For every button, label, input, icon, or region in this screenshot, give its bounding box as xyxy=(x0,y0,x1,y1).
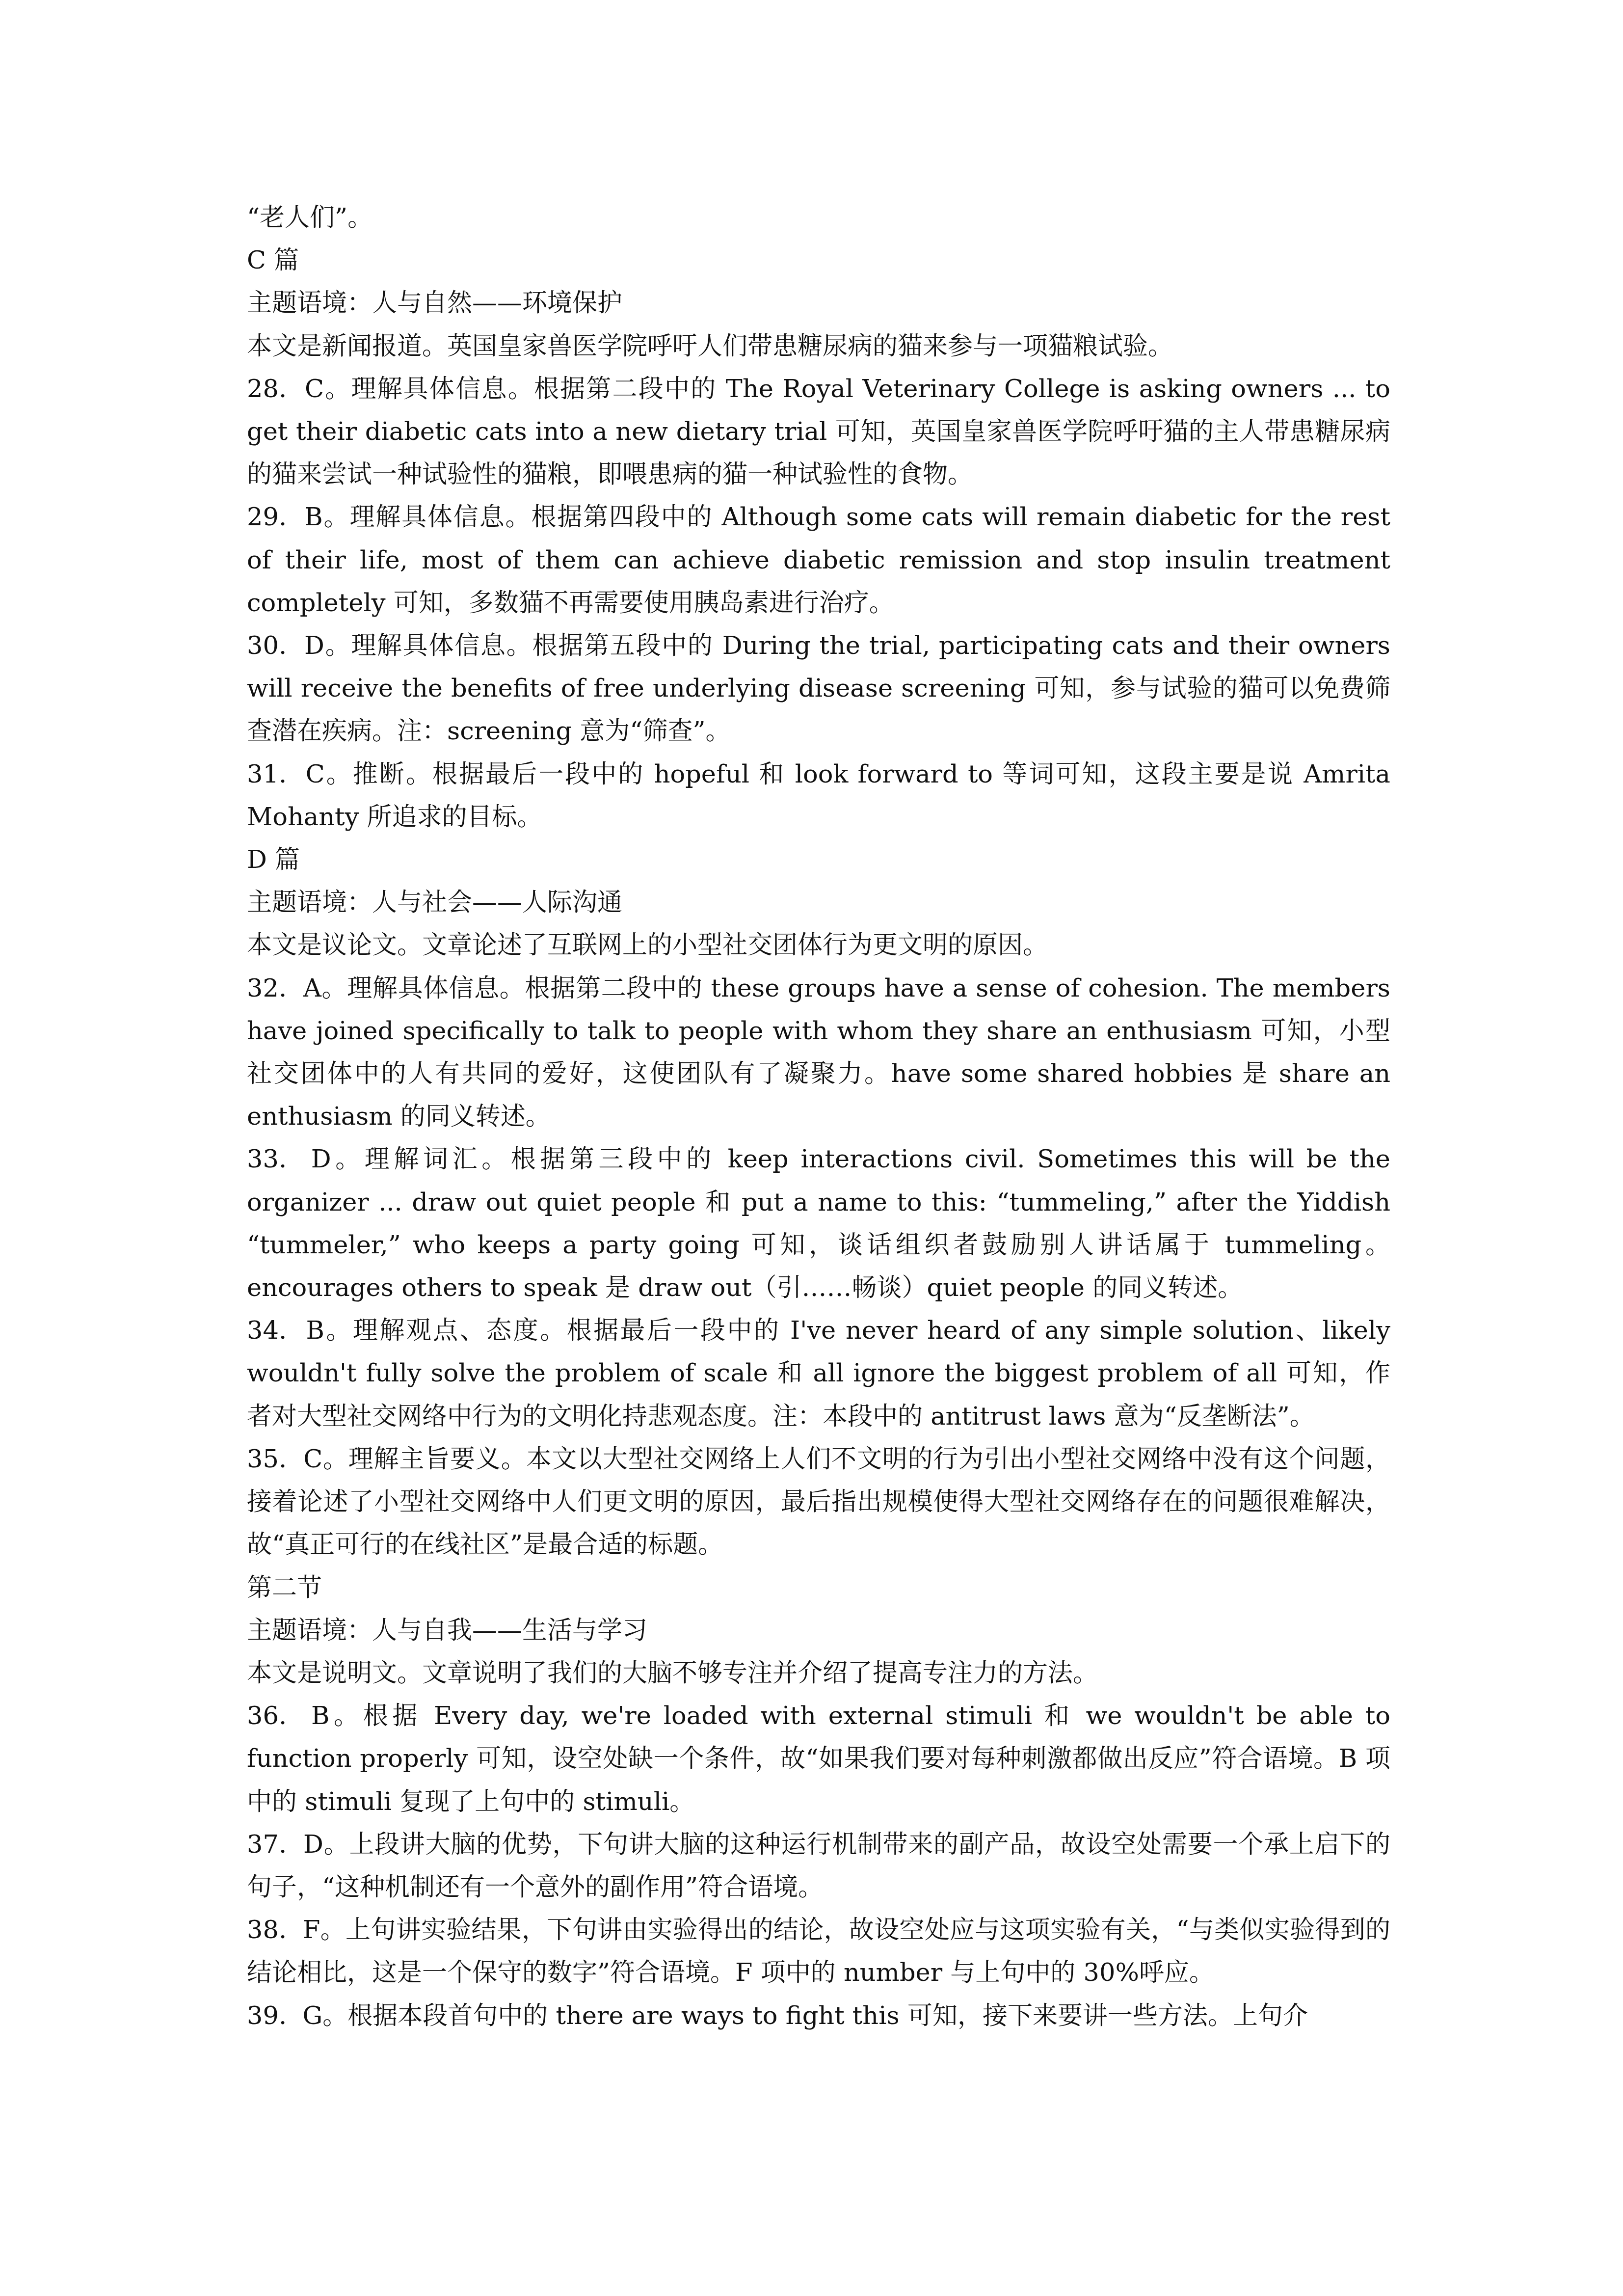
answer-letter: D xyxy=(311,1145,331,1174)
answer-explanation: 。推断。根据最后一段中的 hopeful 和 look forward to 等… xyxy=(247,760,1390,832)
answer-item: 34. B。理解观点、态度。根据最后一段中的 I've never heard … xyxy=(247,1309,1390,1438)
question-number: 37. xyxy=(247,1830,287,1859)
answer-explanation: 。根据 Every day, we're loaded with externa… xyxy=(247,1702,1390,1816)
answer-explanation: 。理解具体信息。根据第五段中的 During the trial, partic… xyxy=(247,631,1390,746)
answer-explanation: 。理解词汇。根据第三段中的 keep interactions civil. S… xyxy=(247,1145,1390,1302)
answer-letter: B xyxy=(311,1702,329,1730)
answer-item: 39. G。根据本段首句中的 there are ways to fight t… xyxy=(247,1995,1390,2037)
answer-explanation: 。根据本段首句中的 there are ways to fight this 可… xyxy=(322,2001,1308,2030)
section-title: 第二节 xyxy=(247,1567,1390,1609)
section-d: D 篇 主题语境：人与社会——人际沟通 本文是议论文。文章论述了互联网上的小型社… xyxy=(247,838,1390,1566)
answer-item: 35. C。理解主旨要义。本文以大型社交网络上人们不文明的行为引出小型社交网络中… xyxy=(247,1438,1390,1567)
section-theme: 主题语境：人与自然——环境保护 xyxy=(247,282,1390,324)
question-number: 35. xyxy=(247,1445,287,1474)
question-number: 38. xyxy=(247,1916,287,1945)
answer-explanation: 。理解主旨要义。本文以大型社交网络上人们不文明的行为引出小型社交网络中没有这个问… xyxy=(247,1445,1390,1559)
answer-letter: D xyxy=(304,631,324,660)
section-summary: 本文是说明文。文章说明了我们的大脑不够专注并介绍了提高专注力的方法。 xyxy=(247,1652,1390,1695)
answer-key-page: “老人们”。 C 篇 主题语境：人与自然——环境保护 本文是新闻报道。英国皇家兽… xyxy=(247,196,1390,2037)
question-number: 29. xyxy=(247,503,287,532)
question-number: 31. xyxy=(247,760,287,789)
answer-letter: G xyxy=(303,2001,323,2030)
answer-item: 29. B。理解具体信息。根据第四段中的 Although some cats … xyxy=(247,496,1390,624)
answer-item: 38. F。上句讲实验结果，下句讲由实验得出的结论，故设空处应与这项实验有关，“… xyxy=(247,1909,1390,1994)
answer-explanation: 。上句讲实验结果，下句讲由实验得出的结论，故设空处应与这项实验有关，“与类似实验… xyxy=(247,1916,1390,1987)
section-theme: 主题语境：人与自我——生活与学习 xyxy=(247,1609,1390,1652)
question-number: 32. xyxy=(247,974,287,1003)
answer-item: 30. D。理解具体信息。根据第五段中的 During the trial, p… xyxy=(247,624,1390,753)
answer-letter: C xyxy=(305,375,324,404)
answer-letter: F xyxy=(303,1916,320,1945)
answer-explanation: 。上段讲大脑的优势，下句讲大脑的这种运行机制带来的副产品，故设空处需要一个承上启… xyxy=(247,1830,1390,1902)
question-number: 39. xyxy=(247,2001,287,2030)
question-number: 34. xyxy=(247,1316,287,1345)
answer-item: 36. B。根据 Every day, we're loaded with ex… xyxy=(247,1695,1390,1823)
section-summary: 本文是新闻报道。英国皇家兽医学院呼吁人们带患糖尿病的猫来参与一项猫粮试验。 xyxy=(247,325,1390,368)
answer-explanation: 。理解观点、态度。根据最后一段中的 I've never heard of an… xyxy=(247,1316,1390,1431)
question-number: 30. xyxy=(247,631,287,660)
section-title: C 篇 xyxy=(247,239,1390,282)
section-title: D 篇 xyxy=(247,838,1390,881)
answer-letter: B xyxy=(304,503,322,532)
answer-item: 31. C。推断。根据最后一段中的 hopeful 和 look forward… xyxy=(247,753,1390,838)
answer-explanation: 。理解具体信息。根据第四段中的 Although some cats will … xyxy=(247,503,1390,617)
answer-letter: A xyxy=(303,974,321,1003)
answer-explanation: 。理解具体信息。根据第二段中的 these groups have a sens… xyxy=(247,974,1390,1132)
lead-line: “老人们”。 xyxy=(247,196,1390,239)
answer-letter: C xyxy=(303,1445,322,1474)
section-theme: 主题语境：人与社会——人际沟通 xyxy=(247,881,1390,924)
answer-letter: B xyxy=(306,1316,324,1345)
answer-explanation: 。理解具体信息。根据第二段中的 The Royal Veterinary Col… xyxy=(247,375,1390,489)
question-number: 28. xyxy=(247,375,287,404)
answer-letter: D xyxy=(303,1830,323,1859)
question-number: 36. xyxy=(247,1702,287,1730)
section-c: C 篇 主题语境：人与自然——环境保护 本文是新闻报道。英国皇家兽医学院呼吁人们… xyxy=(247,239,1390,838)
question-number: 33. xyxy=(247,1145,287,1174)
answer-item: 33. D。理解词汇。根据第三段中的 keep interactions civ… xyxy=(247,1138,1390,1309)
answer-item: 28. C。理解具体信息。根据第二段中的 The Royal Veterinar… xyxy=(247,368,1390,496)
answer-item: 32. A。理解具体信息。根据第二段中的 these groups have a… xyxy=(247,967,1390,1138)
answer-letter: C xyxy=(306,760,325,789)
answer-item: 37. D。上段讲大脑的优势，下句讲大脑的这种运行机制带来的副产品，故设空处需要… xyxy=(247,1823,1390,1909)
section-summary: 本文是议论文。文章论述了互联网上的小型社交团体行为更文明的原因。 xyxy=(247,924,1390,967)
section-part-two: 第二节 主题语境：人与自我——生活与学习 本文是说明文。文章说明了我们的大脑不够… xyxy=(247,1567,1390,2037)
